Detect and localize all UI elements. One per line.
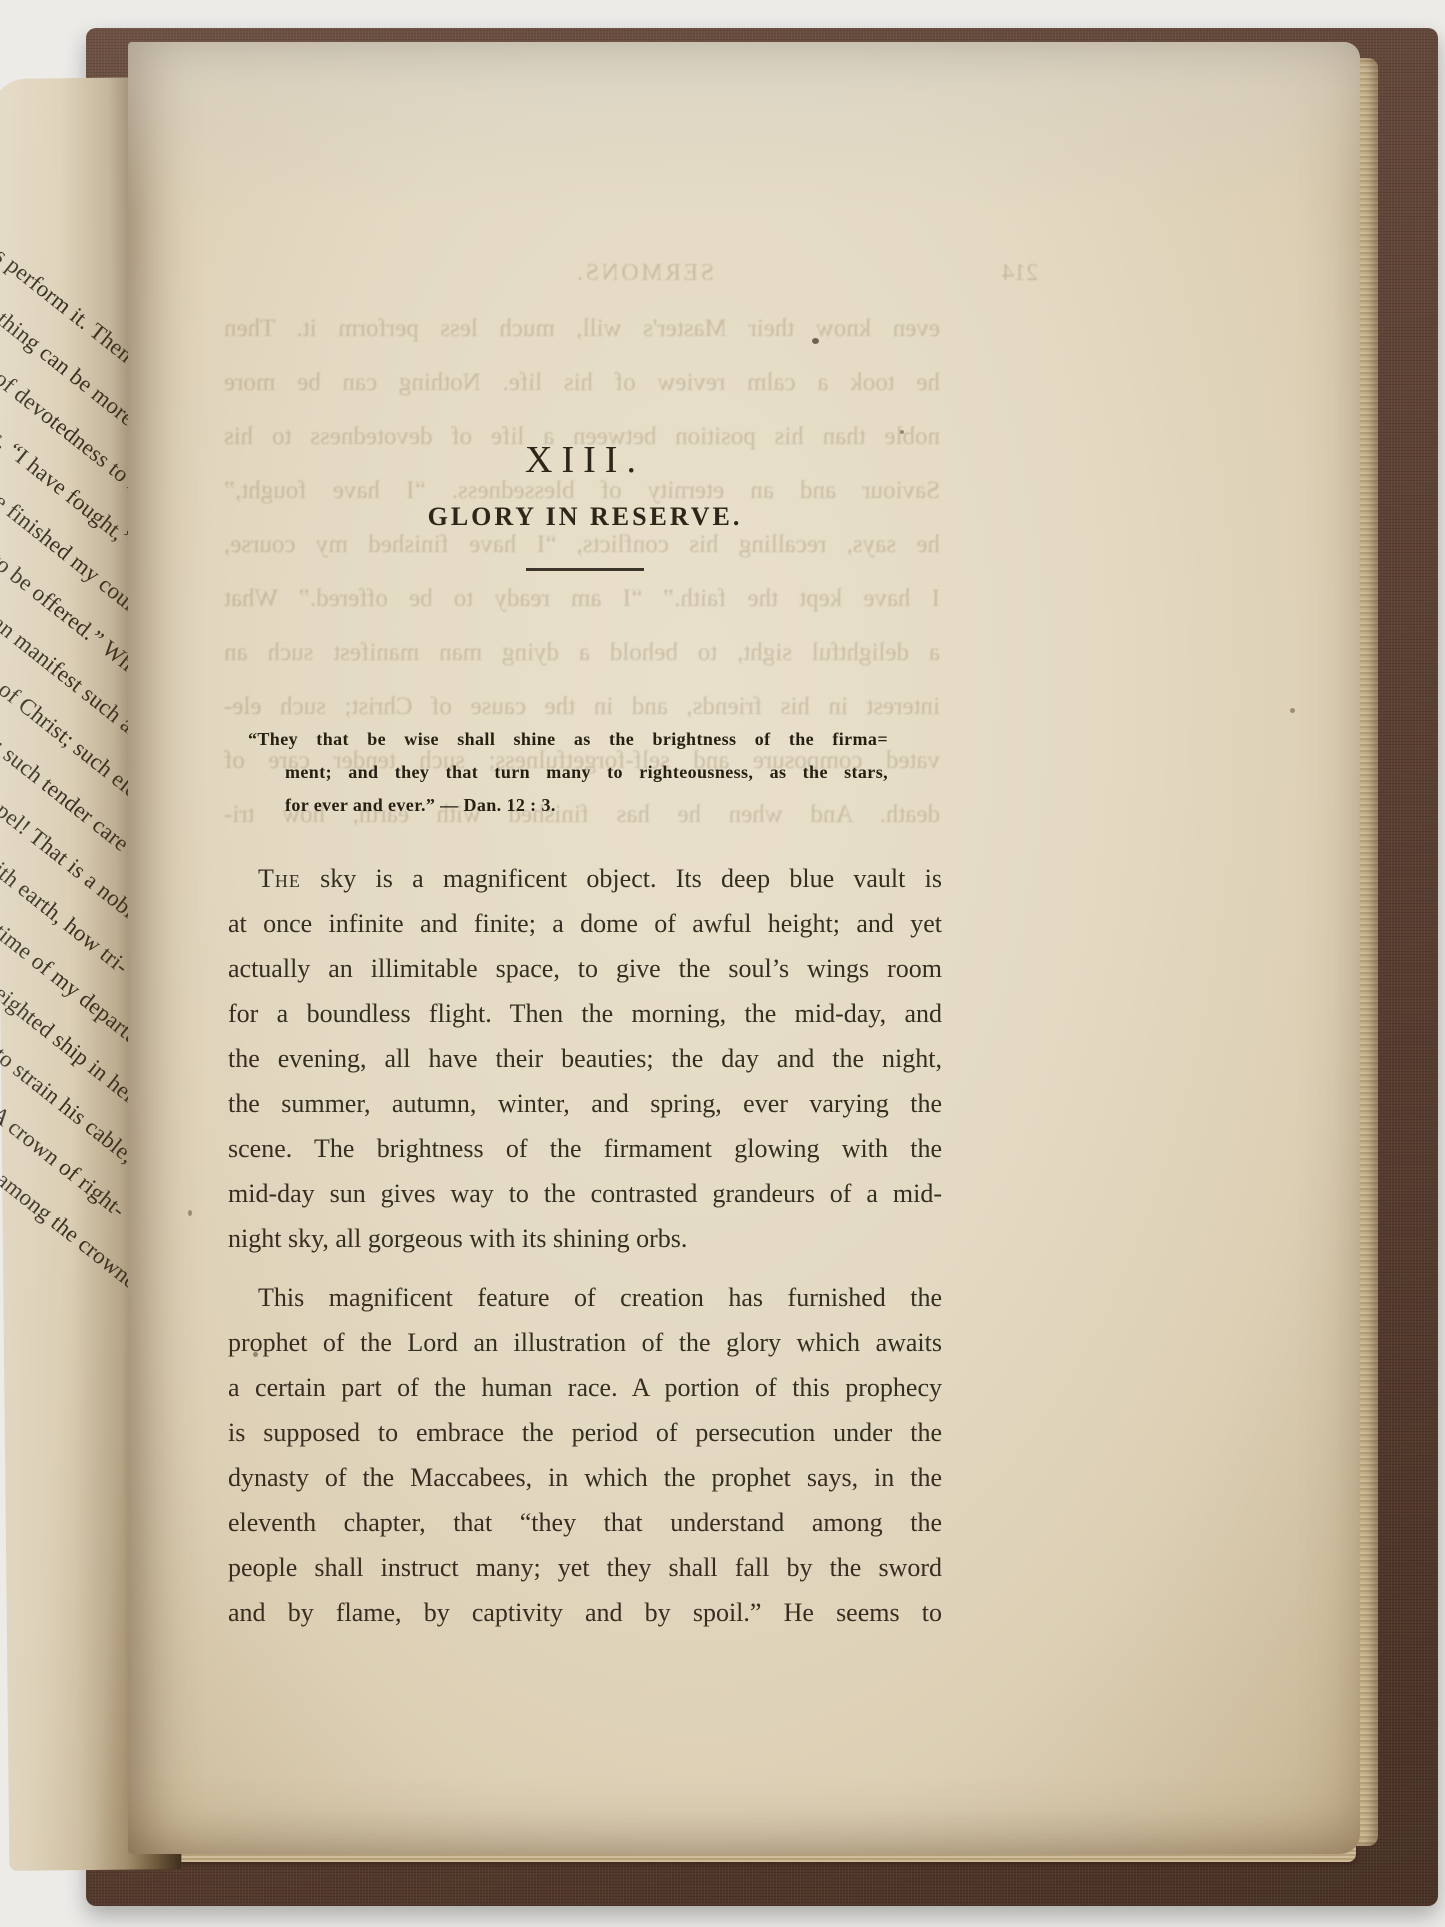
text-column: XIII. GLORY IN RESERVE. “They that be wi…: [228, 42, 942, 1635]
chapter-title: GLORY IN RESERVE.: [228, 502, 942, 532]
chapter-number: XIII.: [228, 438, 942, 482]
body-line: This magnificent feature of creation has…: [228, 1275, 942, 1320]
photo-background: { "page": { "chapter_number": "XIII.", "…: [0, 0, 1445, 1927]
paper-speck: [900, 430, 904, 434]
body-line: eleventh chapter, that “they that unders…: [228, 1500, 942, 1545]
body-line: the evening, all have their beauties; th…: [228, 1036, 942, 1081]
paper-speck: [812, 338, 819, 344]
body-line: dynasty of the Maccabees, in which the p…: [228, 1455, 942, 1500]
body-line: actually an illimitable space, to give t…: [228, 946, 942, 991]
body-line: a certain part of the human race. A port…: [228, 1365, 942, 1410]
epigraph-line: for ever and ever.” — Dan. 12 : 3.: [285, 789, 888, 822]
body-paragraph-1: The sky is a magnificent object. Its dee…: [228, 856, 942, 1261]
paper-speck: [1290, 708, 1295, 713]
epigraph-line: ment; and they that turn many to righteo…: [285, 756, 888, 789]
epigraph: “They that be wise shall shine as the br…: [228, 723, 888, 822]
body-line: prophet of the Lord an illustration of t…: [228, 1320, 942, 1365]
body-line: at once infinite and finite; a dome of a…: [228, 901, 942, 946]
body-line: for a boundless flight. Then the morning…: [228, 991, 942, 1036]
body-line: night sky, all gorgeous with its shining…: [228, 1216, 942, 1261]
divider-rule: [526, 568, 644, 571]
right-page: 214 SERMONS. even know their Master's wi…: [128, 42, 1360, 1854]
showthrough-page-number: 214: [1002, 258, 1038, 288]
paper-speck: [188, 1210, 192, 1216]
body-line: The sky is a magnificent object. Its dee…: [228, 856, 942, 901]
body-line: the summer, autumn, winter, and spring, …: [228, 1081, 942, 1126]
body-line: scene. The brightness of the firmament g…: [228, 1126, 942, 1171]
paper-speck: [253, 1352, 258, 1357]
body-line: people shall instruct many; yet they sha…: [228, 1545, 942, 1590]
body-line: and by flame, by captivity and by spoil.…: [228, 1590, 942, 1635]
body-line: is supposed to embrace the period of per…: [228, 1410, 942, 1455]
epigraph-line: “They that be wise shall shine as the br…: [285, 723, 888, 756]
body-paragraph-2: This magnificent feature of creation has…: [228, 1275, 942, 1635]
smallcaps-lead: The: [258, 864, 301, 893]
body-line: mid-day sun gives way to the contrasted …: [228, 1171, 942, 1216]
